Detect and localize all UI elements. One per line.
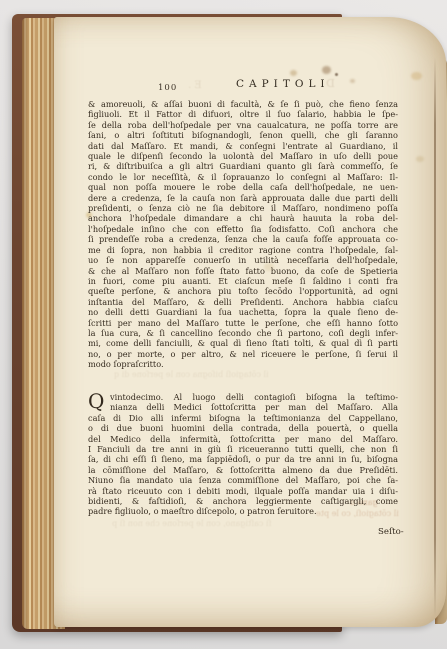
foxing-spot [335, 73, 338, 76]
show-through-text: E . [188, 80, 202, 91]
text-line: ſi prendeſſe roba a credenza, ſenza che … [88, 234, 398, 244]
foxing-spot [290, 70, 297, 76]
text-line: & che al Maſſaro non foſſe ſtato fatto b… [88, 266, 398, 276]
photo-background: E . D il cōtagioſi biſogna con le perſon… [0, 0, 447, 649]
text-line: la ſua cura, & ſi cancellino ſecondo che… [88, 328, 398, 338]
text-line: preſidenti, o ſenza ciò ne ſia debitore … [88, 203, 398, 213]
text-line: vintodecimo. Al luogo delli contagioſi b… [88, 392, 398, 402]
drop-cap-initial: Q [88, 393, 106, 412]
text-line: o di due buoni huomini della contrada, d… [88, 423, 398, 433]
paragraph-1: & amoreuoli, & aſſai buoni di facultà, &… [88, 99, 398, 370]
text-line: me di ſopra, non habbia il creditor ragi… [88, 245, 398, 255]
text-line: bidienti, & faſtidioſi, & anchora leggie… [88, 496, 398, 506]
text-line: ſcritti per mano del Maſſaro tutte le pe… [88, 318, 398, 328]
text-line: caſa di Dio alli infermi biſogna la teſt… [88, 413, 398, 423]
show-through-text: ſi caſtigano, con le perſone che non ſi … [112, 519, 271, 528]
text-line: in fuori, come piu auanti. Et ciaſcun me… [88, 276, 398, 286]
text-line: la cōmiſſione del Maſſaro, & ſottoſcritt… [88, 465, 398, 475]
show-through-text: il cōtagioſi biſogna con le perſone di q [114, 370, 269, 379]
foxing-spot [322, 66, 331, 74]
paragraph-2: Q vintodecimo. Al luogo delli contagioſi… [88, 392, 398, 517]
text-line: anchora l'hoſpedale dimandare a chi haur… [88, 213, 398, 223]
text-line: no, o per morte, o per altro, & nel rice… [88, 349, 398, 359]
text-line: uo ſe non appareſſe conuerſo in utilità … [88, 255, 398, 265]
text-line: figliuoli. Et il Fattor di difuori, oltr… [88, 109, 398, 119]
text-line: I Fanciuli da tre anni in giù ſi riceuer… [88, 444, 398, 454]
text-line: qual non poſſa mouere le robe della caſa… [88, 182, 398, 192]
text-line: condo le lor neceſſità, & il ſoprauanzo … [88, 172, 398, 182]
text-line: & amoreuoli, & aſſai buoni di facultà, &… [88, 99, 398, 109]
text-line: queſte perſone, & anchora piu toſto ſecō… [88, 286, 398, 296]
text-line: l'hoſpedale inſino che con effetto ſia ſ… [88, 224, 398, 234]
text-line: modo ſopraſcritto. [88, 359, 398, 369]
text-line: no delli detti Guardiani la ſua uachetta… [88, 307, 398, 317]
gutter-seam [434, 57, 436, 617]
text-line: Niuno ſia mandato uia ſenza commiſſione … [88, 475, 398, 485]
text-line: padre figliuolo, o maeſtro diſcepolo, o … [88, 506, 398, 516]
text-line: ri, & diſtribuiſca a gli altri Guardiani… [88, 161, 398, 171]
text-line: ſe della roba dell'hoſpedale per vna cau… [88, 120, 398, 130]
foxing-spot [416, 156, 424, 162]
text-line: inſtantia del Maſſaro, & delli Preſident… [88, 297, 398, 307]
text-line: ſani, o altri ſoſtituti biſognandogli, ſ… [88, 130, 398, 140]
catchword: Seſto- [378, 527, 404, 537]
text-line: quale le diſpenſi ſecondo la uolontà del… [88, 151, 398, 161]
text-line: dati dal Maſſaro. Et mandi, & conſegni l… [88, 141, 398, 151]
foxing-spot [350, 79, 355, 83]
text-line: ſa, di chi eſſi ſi ſieno, ma ſappiēdoſi,… [88, 454, 398, 464]
book: E . D il cōtagioſi biſogna con le perſon… [10, 12, 447, 637]
text-line: dere a credenza, ſe la cauſa non ſarà ap… [88, 193, 398, 203]
page-number: 100 [158, 83, 177, 93]
foxing-spot [411, 72, 422, 80]
book-page: E . D il cōtagioſi biſogna con le perſon… [54, 17, 446, 627]
running-title: CAPITOLI [236, 78, 330, 90]
text-line: del Medico della infermità, ſottoſcritta… [88, 434, 398, 444]
text-line: mi, come delli fanciulli, & qual dì ſien… [88, 338, 398, 348]
text-line: nianza delli Medici ſottoſcritta per man… [88, 402, 398, 412]
text-line: rà ſtato riceuuto con i debiti modi, ilq… [88, 486, 398, 496]
